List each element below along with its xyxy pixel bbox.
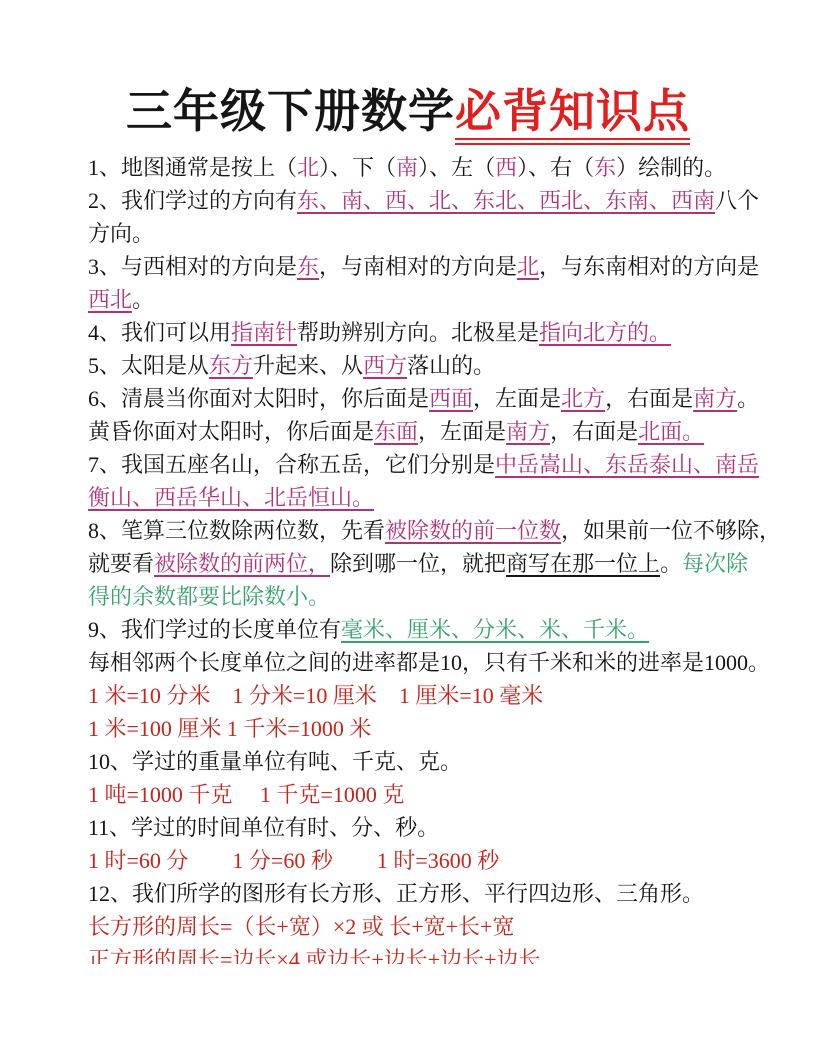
text-line: 西北。 xyxy=(88,283,756,316)
page-title-black: 三年级下册数学 xyxy=(126,85,455,137)
text-segment: 12、我们所学的图形有长方形、正方形、平行四边形、三角形。 xyxy=(88,881,704,906)
text-segment: 衡山、西岳华山、北岳恒山。 xyxy=(88,485,374,510)
text-line: 1 吨=1000 千克 1 千克=1000 克 xyxy=(88,778,756,811)
text-line: 1 米=10 分米 1 分米=10 厘米 1 厘米=10 毫米 xyxy=(88,679,756,712)
text-segment: 北方 xyxy=(561,386,605,411)
text-segment: 西方 xyxy=(363,353,407,378)
text-segment: 7、我国五座名山，合称五岳，它们分别是 xyxy=(88,452,495,477)
text-segment: 东面 xyxy=(374,419,418,444)
text-segment: 每次除 xyxy=(682,551,748,576)
text-line: 8、笔算三位数除两位数，先看被除数的前一位数，如果前一位不够除， xyxy=(88,514,756,547)
text-segment: 1、地图通常是按上（ xyxy=(88,155,297,180)
text-segment: 被除数的前一位数 xyxy=(385,518,561,543)
text-segment: 8、笔算三位数除两位数，先看 xyxy=(88,518,385,543)
document-page: 三年级下册数学必背知识点 1、地图通常是按上（北）、下（南）、左（西）、右（东）… xyxy=(0,0,816,1056)
text-segment: 。 xyxy=(132,287,154,312)
page-title-red: 必背知识点 xyxy=(455,85,690,145)
text-segment: 南方 xyxy=(693,386,737,411)
text-segment: ，右面是 xyxy=(605,386,693,411)
text-segment: 指南针 xyxy=(231,320,297,345)
text-segment: 落山的。 xyxy=(407,353,495,378)
text-line: 正方形的周长=边长×4 或边长+边长+边长+边长 xyxy=(88,943,756,964)
text-line: 6、清晨当你面对太阳时，你后面是西面，左面是北方，右面是南方。 xyxy=(88,382,756,415)
text-segment: 6、清晨当你面对太阳时，你后面是 xyxy=(88,386,429,411)
text-segment: 长方形的周长=（长+宽）×2 或 长+宽+长+宽 xyxy=(88,914,514,939)
text-line: 7、我国五座名山，合称五岳，它们分别是中岳嵩山、东岳泰山、南岳 xyxy=(88,448,756,481)
text-segment: ）、下（ xyxy=(319,155,396,180)
text-line: 方向。 xyxy=(88,217,756,250)
text-segment: 中岳嵩山、东岳泰山、南岳 xyxy=(495,452,759,477)
text-line: 黄昏你面对太阳时，你后面是东面，左面是南方，右面是北面。 xyxy=(88,415,756,448)
text-segment: 9、我们学过的长度单位有 xyxy=(88,617,341,642)
text-line: 就要看被除数的前两位，除到哪一位，就把商写在那一位上。每次除 xyxy=(88,547,756,580)
text-segment: 。 xyxy=(737,386,759,411)
text-segment: 每相邻两个长度单位之间的进率都是10，只有千米和米的进率是1000。 xyxy=(88,650,770,675)
text-segment: ，与东南相对的方向是 xyxy=(539,254,759,279)
text-segment: 东 xyxy=(297,254,319,279)
document-body: 1、地图通常是按上（北）、下（南）、左（西）、右（东）绘制的。2、我们学过的方向… xyxy=(0,151,816,964)
document-content: 三年级下册数学必背知识点 1、地图通常是按上（北）、下（南）、左（西）、右（东）… xyxy=(0,0,816,964)
text-line: 11、学过的时间单位有时、分、秒。 xyxy=(88,811,756,844)
text-line: 4、我们可以用指南针帮助辨别方向。北极星是指向北方的。 xyxy=(88,316,756,349)
text-line: 9、我们学过的长度单位有毫米、厘米、分米、米、千米。 xyxy=(88,613,756,646)
text-segment: 得的余数都要比除数小。 xyxy=(88,584,330,609)
text-line: 长方形的周长=（长+宽）×2 或 长+宽+长+宽 xyxy=(88,910,756,943)
text-segment: 除到哪一位，就把 xyxy=(330,551,506,576)
text-segment: ，左面是 xyxy=(473,386,561,411)
text-segment: 10、学过的重量单位有吨、千克、克。 xyxy=(88,749,462,774)
text-segment: ，右面是 xyxy=(550,419,638,444)
text-line: 衡山、西岳华山、北岳恒山。 xyxy=(88,481,756,514)
text-line: 10、学过的重量单位有吨、千克、克。 xyxy=(88,745,756,778)
text-segment: 八个 xyxy=(715,188,759,213)
text-line: 每相邻两个长度单位之间的进率都是10，只有千米和米的进率是1000。 xyxy=(88,646,756,679)
text-segment: 东方 xyxy=(209,353,253,378)
text-line: 5、太阳是从东方升起来、从西方落山的。 xyxy=(88,349,756,382)
text-segment: 商写在那一位上 xyxy=(506,551,660,576)
text-segment: 北面。 xyxy=(638,419,704,444)
text-line: 得的余数都要比除数小。 xyxy=(88,580,756,613)
text-segment: 指向北方的。 xyxy=(539,320,671,345)
text-segment: 帮助辨别方向。北极星是 xyxy=(297,320,539,345)
text-segment: 西面 xyxy=(429,386,473,411)
text-segment: 北 xyxy=(517,254,539,279)
text-segment: 3、与西相对的方向是 xyxy=(88,254,297,279)
text-segment: 升起来、从 xyxy=(253,353,363,378)
text-segment: 西 xyxy=(495,155,517,180)
text-segment: 5、太阳是从 xyxy=(88,353,209,378)
page-title: 三年级下册数学必背知识点 xyxy=(0,84,816,139)
text-segment: 东、南、西、北、东北、西北、东南、西南 xyxy=(297,188,715,213)
text-segment: 黄昏你面对太阳时，你后面是 xyxy=(88,419,374,444)
text-segment: 被除数的前两位， xyxy=(154,551,330,576)
text-segment: 就要看 xyxy=(88,551,154,576)
text-segment: 1 时=60 分 1 分=60 秒 1 时=3600 秒 xyxy=(88,848,499,873)
text-segment: 毫米、厘米、分米、米、千米。 xyxy=(341,617,649,642)
text-line: 1 米=100 厘米 1 千米=1000 米 xyxy=(88,712,756,745)
text-segment: 西北 xyxy=(88,287,132,312)
text-segment: ）、左（ xyxy=(418,155,495,180)
text-line: 1 时=60 分 1 分=60 秒 1 时=3600 秒 xyxy=(88,844,756,877)
text-segment: ，左面是 xyxy=(418,419,506,444)
text-line: 1、地图通常是按上（北）、下（南）、左（西）、右（东）绘制的。 xyxy=(88,151,756,184)
text-segment: 1 吨=1000 千克 1 千克=1000 克 xyxy=(88,782,404,807)
text-segment: 东 xyxy=(594,155,616,180)
text-segment: 南方 xyxy=(506,419,550,444)
text-line: 2、我们学过的方向有东、南、西、北、东北、西北、东南、西南八个 xyxy=(88,184,756,217)
text-segment: ）绘制的。 xyxy=(616,155,726,180)
text-segment: ，与南相对的方向是 xyxy=(319,254,517,279)
text-segment: 北 xyxy=(297,155,319,180)
text-segment: 1 米=10 分米 1 分米=10 厘米 1 厘米=10 毫米 xyxy=(88,683,543,708)
text-segment: 。 xyxy=(660,551,682,576)
text-segment: 1 米=100 厘米 1 千米=1000 米 xyxy=(88,716,371,741)
text-segment: ）、右（ xyxy=(517,155,594,180)
text-segment: 11、学过的时间单位有时、分、秒。 xyxy=(88,815,439,840)
text-segment: 南 xyxy=(396,155,418,180)
text-segment: 4、我们可以用 xyxy=(88,320,231,345)
text-segment: ，如果前一位不够除， xyxy=(561,518,781,543)
text-line: 3、与西相对的方向是东，与南相对的方向是北，与东南相对的方向是 xyxy=(88,250,756,283)
text-segment: 2、我们学过的方向有 xyxy=(88,188,297,213)
text-segment: 方向。 xyxy=(88,221,154,246)
text-segment: 正方形的周长=边长×4 或边长+边长+边长+边长 xyxy=(88,947,541,964)
text-line: 12、我们所学的图形有长方形、正方形、平行四边形、三角形。 xyxy=(88,877,756,910)
